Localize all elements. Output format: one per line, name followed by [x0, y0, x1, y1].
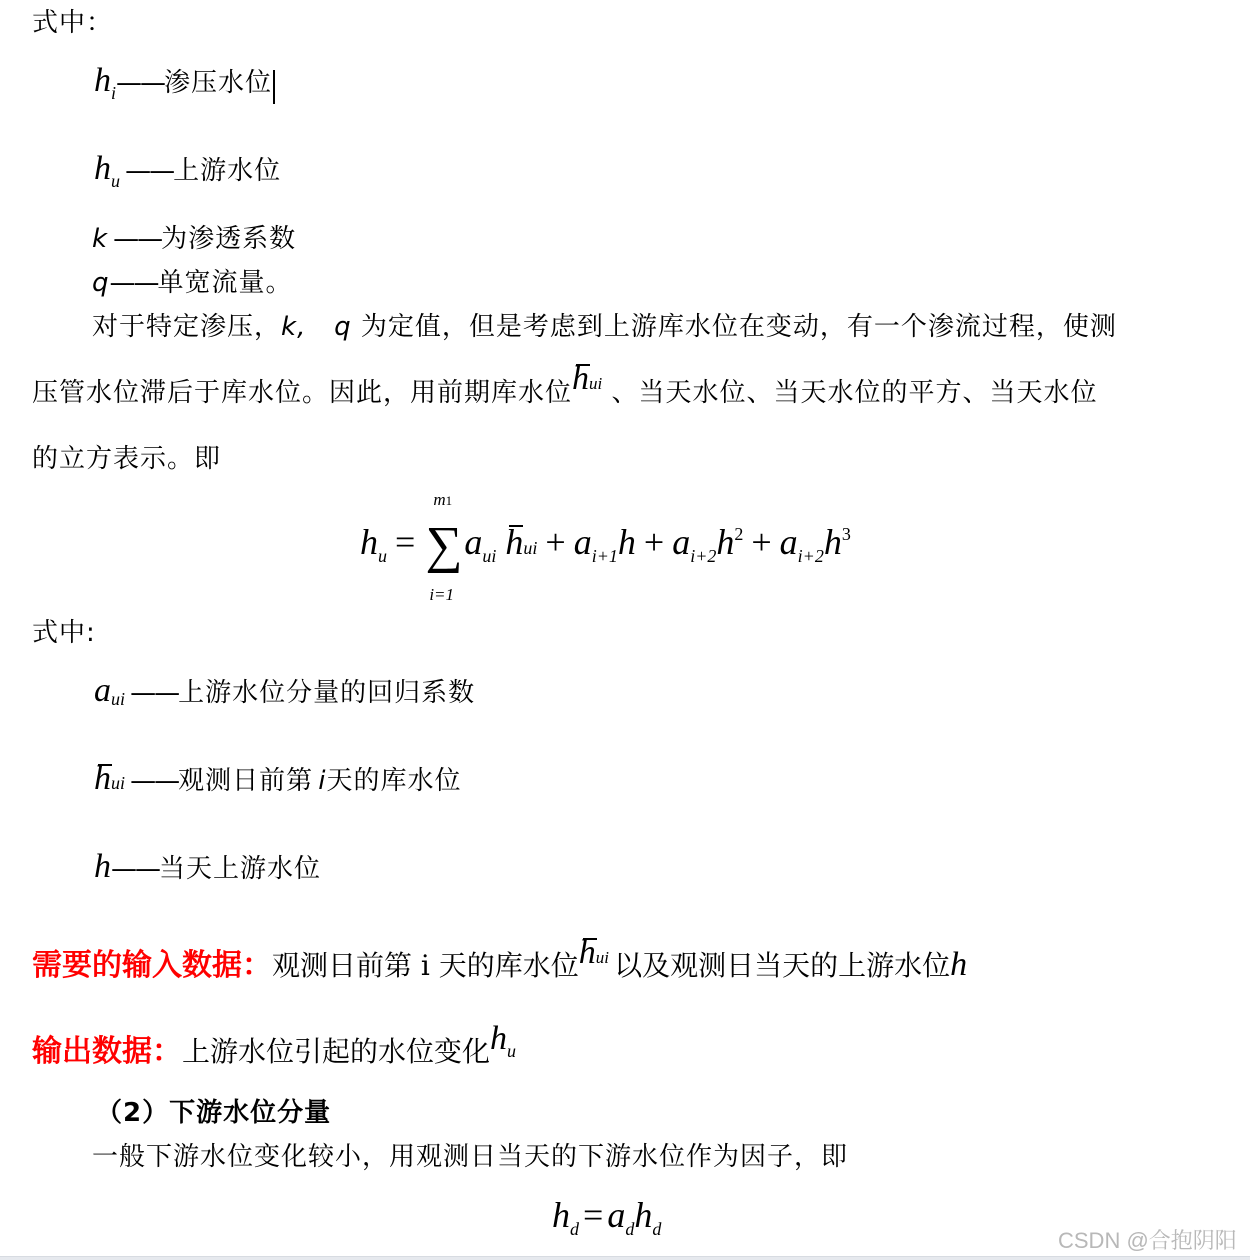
coef: a	[780, 522, 798, 562]
sum-upper-limit: m1	[433, 490, 452, 510]
output-data-label: 输出数据：	[32, 1034, 182, 1069]
coef: a	[464, 522, 482, 562]
symbol: q	[92, 268, 110, 298]
dash: ——	[130, 678, 178, 708]
dash: ——	[130, 766, 178, 796]
sigma-glyph: ∑	[425, 517, 462, 574]
definition-text: 观测日前第	[178, 766, 313, 796]
subscript: d	[625, 1219, 634, 1239]
symbol-k: k,	[281, 312, 306, 342]
text: 、当天水位、当天水位的平方、当天水位	[612, 378, 1098, 408]
var: h	[618, 522, 636, 562]
subscript: i	[111, 83, 116, 103]
h-bar: hui	[579, 934, 609, 972]
subscript: d	[652, 1219, 661, 1239]
dash: ——	[125, 156, 173, 186]
definition-text: 当天上游水位	[159, 854, 321, 884]
subscript: ui	[596, 948, 609, 967]
text: 对于特定渗压，	[92, 312, 281, 342]
watermark: CSDN @合抱阴阳	[1058, 1224, 1237, 1255]
dash: ——	[113, 224, 161, 254]
input-data-text: 以及观测日当天的上游水位	[614, 949, 950, 982]
symbol: h	[94, 760, 111, 797]
symbol: h	[94, 150, 111, 187]
symbol: h	[94, 848, 111, 885]
horizontal-scrollbar[interactable]	[0, 1256, 1250, 1260]
input-data-label: 需要的输入数据：	[32, 948, 272, 983]
subscript: i+1	[592, 546, 618, 566]
exponent: 2	[734, 524, 743, 544]
definition-text: 单宽流量。	[158, 268, 293, 298]
equals: =	[395, 522, 415, 562]
lhs: h	[360, 522, 378, 562]
where-label-2: 式中:	[32, 612, 96, 649]
paragraph-line-3: 的立方表示。即	[32, 438, 221, 475]
var: h	[824, 522, 842, 562]
subscript: i+2	[798, 546, 824, 566]
paragraph-line-2: 压管水位滞后于库水位。因此，用前期库水位hui 、当天水位、当天水位的平方、当天…	[32, 372, 1098, 410]
coef: a	[574, 522, 592, 562]
definition-text: 天的库水位	[326, 766, 461, 796]
exponent: 3	[842, 524, 851, 544]
subscript: ui	[111, 689, 125, 709]
plus: +	[545, 522, 565, 562]
upper-sub: 1	[446, 493, 453, 508]
definition-text: 上游水位	[173, 156, 281, 186]
subscript: ui	[523, 538, 537, 558]
definition-h-i: hi——渗压水位	[94, 62, 275, 104]
h-bar: hui	[94, 760, 125, 798]
subscript: ui	[482, 546, 496, 566]
definition-text: 上游水位分量的回归系数	[178, 678, 475, 708]
definition-h-u: hu ——上游水位	[94, 150, 281, 188]
subscript: u	[507, 1041, 516, 1061]
h-bar: hui	[505, 521, 537, 563]
sum-icon: m1∑i=1	[425, 516, 462, 575]
symbol: h	[579, 934, 596, 971]
where-label-1: 式中：	[32, 2, 113, 39]
subscript: ui	[111, 773, 125, 793]
definition-text: 渗压水位	[164, 68, 272, 98]
lhs-subscript: u	[378, 546, 387, 566]
text: 压管水位滞后于库水位。因此，用前期库水位	[32, 378, 572, 408]
input-data-text: 观测日前第 i 天的库水位	[272, 949, 579, 982]
symbol: h	[490, 1020, 507, 1057]
var: h	[716, 522, 734, 562]
definition-k: k ——为渗透系数	[92, 218, 296, 255]
output-data-text: 上游水位引起的水位变化	[182, 1035, 490, 1068]
definition-q: q——单宽流量。	[92, 262, 293, 299]
symbol-q: q	[334, 312, 352, 342]
definition-h: h——当天上游水位	[94, 848, 321, 886]
lhs: h	[552, 1195, 570, 1235]
text-cursor	[273, 70, 275, 104]
symbol: h	[572, 360, 589, 397]
sum-lower-limit: i=1	[429, 585, 454, 605]
symbol-h-bar: hui	[572, 360, 602, 398]
output-data-line: 输出数据：上游水位引起的水位变化hu	[32, 1026, 516, 1070]
equation-downstream: hd=adhd	[552, 1194, 661, 1236]
definition-a-ui: aui ——上游水位分量的回归系数	[94, 672, 475, 710]
section-heading-downstream: （2）下游水位分量	[96, 1092, 331, 1129]
plus: +	[644, 522, 664, 562]
definition-text: 为渗透系数	[161, 224, 296, 254]
symbol: k	[92, 224, 108, 254]
equation-upstream: hu=m1∑i=1aui hui+ai+1h+ai+2h2+ai+2h3	[360, 516, 851, 575]
dash: ——	[116, 68, 164, 98]
equals: =	[583, 1195, 603, 1235]
upper-var: m	[433, 490, 445, 509]
lhs-subscript: d	[570, 1219, 579, 1239]
dash: ——	[110, 268, 158, 298]
subscript: u	[111, 171, 120, 191]
symbol: h	[505, 522, 523, 562]
coef: a	[607, 1195, 625, 1235]
input-data-line: 需要的输入数据：观测日前第 i 天的库水位hui 以及观测日当天的上游水位h	[32, 940, 967, 984]
plus: +	[751, 522, 771, 562]
definition-h-bar-ui: hui ——观测日前第 i天的库水位	[94, 760, 461, 798]
var: h	[634, 1195, 652, 1235]
symbol-h: h	[950, 946, 967, 983]
symbol: h	[94, 62, 111, 99]
symbol: a	[94, 672, 111, 709]
subscript: i+2	[690, 546, 716, 566]
text: 为定值，但是考虑到上游库水位在变动，有一个渗流过程，使测	[361, 312, 1117, 342]
subscript: ui	[589, 374, 602, 393]
paragraph-downstream: 一般下游水位变化较小，用观测日当天的下游水位作为因子，即	[92, 1136, 848, 1173]
paragraph-line-1: 对于特定渗压，k, q 为定值，但是考虑到上游库水位在变动，有一个渗流过程，使测	[92, 306, 1117, 343]
dash: ——	[111, 854, 159, 884]
coef: a	[672, 522, 690, 562]
